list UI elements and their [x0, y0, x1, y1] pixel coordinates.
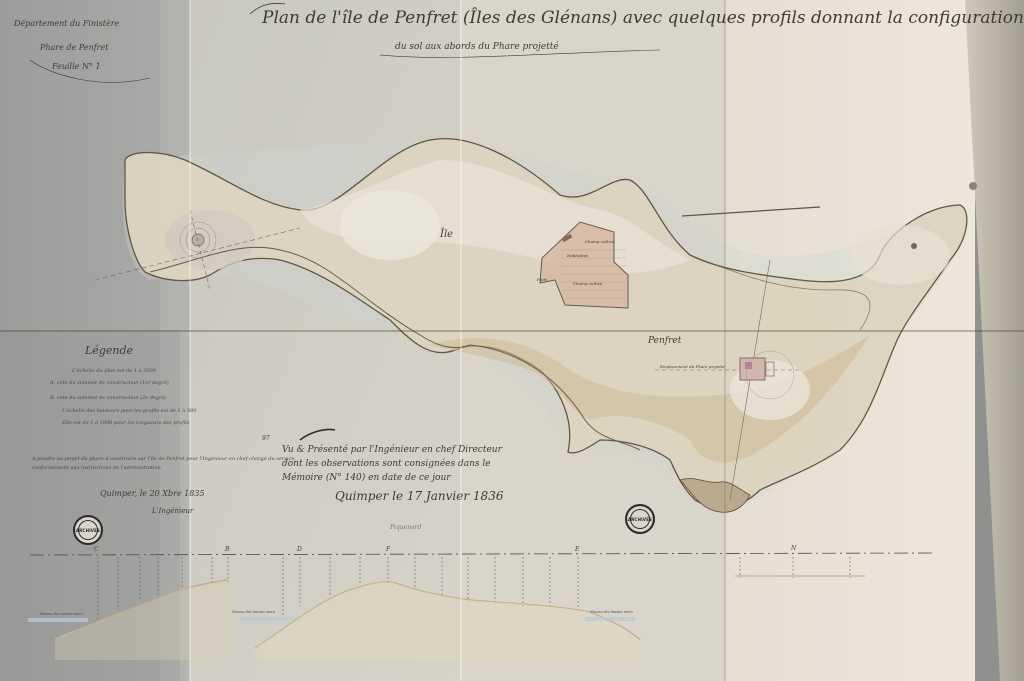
- label-lighthouse-site: Emplacement du Phare projetté: [660, 365, 725, 369]
- label-field-top: Champ cultivé: [585, 240, 614, 244]
- profile-sea-level-label: Niveau des hautes mers: [590, 610, 633, 614]
- legend-place-date: Quimper, le 20 Xbre 1835: [100, 490, 205, 498]
- approval-signature: Piquenard: [390, 525, 421, 531]
- approval-place-date: Quimper le 17 Janvier 1836: [335, 490, 503, 502]
- label-well: Puits: [537, 278, 547, 282]
- profile-label-d: D: [297, 547, 302, 553]
- fold-line-3: [724, 0, 726, 681]
- legend-title: Légende: [85, 345, 133, 356]
- header-sheet-number: Feuille N° 1: [52, 63, 101, 71]
- profile-label-n: N: [791, 546, 796, 552]
- profile-label-c: C: [94, 547, 99, 553]
- legend-line: A. cote du sommet de construction (1er d…: [50, 380, 169, 386]
- profile-label-e: E: [575, 547, 579, 553]
- profile-sea-level-label: Niveau des hautes mers: [40, 612, 83, 616]
- profile-label-b: B: [225, 547, 229, 553]
- fold-line-1: [189, 0, 191, 681]
- label-island: Île: [440, 230, 453, 240]
- profile-label-f: F: [386, 547, 390, 553]
- archives-stamp-left: ARCHIVES: [73, 515, 103, 545]
- label-habitation: Habitation: [567, 254, 589, 258]
- header-lighthouse: Phare de Penfret: [40, 44, 108, 52]
- legend-line: Elle est de 1 à 1000 pour les longueurs …: [62, 420, 189, 426]
- header-department: Département du Finistère: [14, 20, 119, 28]
- fold-line-horizontal: [0, 330, 1024, 332]
- approval-line-2: dont les observations sont consignées da…: [282, 460, 491, 469]
- approval-line-3: Mémoire (N° 140) en date de ce jour: [282, 474, 451, 483]
- label-penfret: Penfret: [648, 337, 681, 346]
- map-sheet: Plan de l'île de Penfret (Îles des Gléna…: [0, 0, 1024, 681]
- map-canvas: [0, 0, 1024, 681]
- map-title: Plan de l'île de Penfret (Îles des Gléna…: [262, 10, 1024, 27]
- profile-sea-level-label: Niveau des hautes mers: [232, 610, 275, 614]
- legend-line: L'échelle des hauteurs pour les profils …: [62, 408, 196, 414]
- legend-signature: L'Ingénieur: [152, 508, 193, 515]
- approval-line-1: Vu & Présenté par l'Ingénieur en chef Di…: [282, 446, 502, 455]
- legend-note: A joindre au projet du phare à construir…: [32, 455, 297, 473]
- label-field-bottom: Champ cultivé: [573, 282, 602, 286]
- map-subtitle: du sol aux abords du Phare projetté: [395, 43, 559, 52]
- legend-line: L'échelle du plan est de 1 à 2000: [72, 368, 156, 374]
- fold-line-2: [460, 0, 462, 681]
- legend-line: B. cote du sommet de construction (2e de…: [50, 395, 166, 401]
- approval-number: 97: [262, 436, 270, 442]
- archives-stamp-right: ARCHIVES: [625, 504, 655, 534]
